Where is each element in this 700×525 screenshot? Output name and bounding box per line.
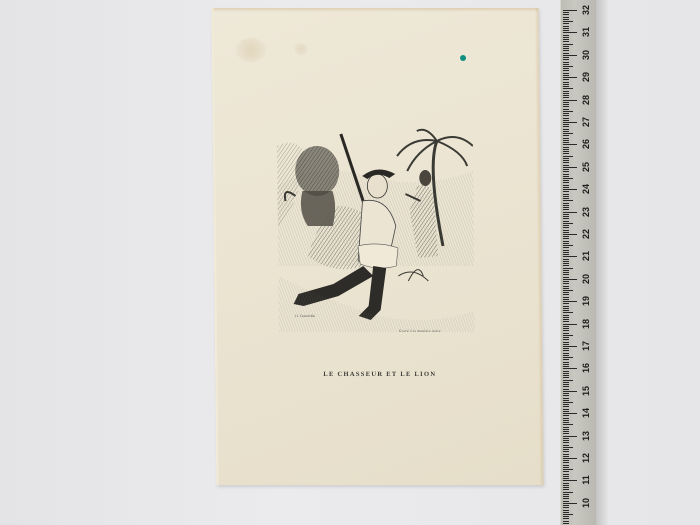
ruler-tick bbox=[563, 223, 573, 224]
ruler-tick bbox=[563, 245, 573, 246]
ruler-tick bbox=[563, 301, 577, 302]
ruler-label: 10 bbox=[581, 495, 591, 511]
ruler-tick bbox=[563, 171, 569, 172]
ruler-tick bbox=[563, 247, 569, 248]
ruler-label: 32 bbox=[581, 2, 591, 18]
ruler-tick bbox=[563, 429, 569, 430]
ruler-tick bbox=[563, 19, 569, 20]
ruler-tick bbox=[563, 256, 577, 257]
ruler-tick bbox=[563, 111, 573, 112]
ruler-tick bbox=[563, 189, 577, 190]
ruler-label: 13 bbox=[581, 428, 591, 444]
ruler-tick bbox=[563, 194, 569, 195]
ruler-tick bbox=[563, 512, 569, 513]
ruler-tick bbox=[563, 521, 569, 522]
ruler-tick bbox=[563, 41, 569, 42]
ruler-tick bbox=[563, 104, 569, 105]
ruler-tick bbox=[563, 348, 569, 349]
ruler: 3231302928272625242322212019181716151413… bbox=[560, 0, 596, 525]
ruler-tick bbox=[563, 274, 569, 275]
ruler-label: 30 bbox=[581, 47, 591, 63]
ruler-tick bbox=[563, 207, 569, 208]
ruler-tick bbox=[563, 514, 573, 515]
ruler-tick bbox=[563, 113, 569, 114]
ruler-tick bbox=[563, 447, 573, 448]
ruler-tick bbox=[563, 501, 569, 502]
ruler-tick bbox=[563, 418, 569, 419]
ruler-tick bbox=[563, 306, 569, 307]
ruler-tick bbox=[563, 449, 569, 450]
ruler-tick bbox=[563, 185, 569, 186]
ruler-tick bbox=[563, 344, 569, 345]
ruler-tick bbox=[563, 510, 569, 511]
ruler-tick bbox=[563, 400, 569, 401]
ruler-tick bbox=[563, 292, 569, 293]
ruler-tick bbox=[563, 326, 569, 327]
ruler-tick bbox=[563, 144, 577, 145]
ruler-shadow bbox=[595, 0, 609, 525]
ruler-tick bbox=[563, 431, 569, 432]
ruler-tick bbox=[563, 200, 573, 201]
ruler-tick bbox=[563, 303, 569, 304]
ruler-tick bbox=[563, 458, 577, 459]
ruler-tick bbox=[563, 48, 569, 49]
ruler-tick bbox=[563, 167, 577, 168]
marker-dot bbox=[460, 55, 466, 61]
ruler-tick bbox=[563, 297, 569, 298]
ruler-label: 17 bbox=[581, 338, 591, 354]
ruler-tick bbox=[563, 165, 569, 166]
ruler-tick bbox=[563, 333, 569, 334]
ruler-tick bbox=[563, 57, 569, 58]
ruler-tick bbox=[563, 362, 569, 363]
ruler-tick bbox=[563, 187, 569, 188]
ruler-tick bbox=[563, 91, 569, 92]
ruler-label: 18 bbox=[581, 316, 591, 332]
ruler-tick bbox=[563, 32, 577, 33]
ruler-tick bbox=[563, 259, 569, 260]
ruler-tick bbox=[563, 469, 573, 470]
ruler-tick bbox=[563, 17, 569, 18]
ruler-tick bbox=[563, 487, 569, 488]
ruler-tick bbox=[563, 180, 569, 181]
ruler-tick bbox=[563, 50, 569, 51]
ruler-tick bbox=[563, 268, 573, 269]
ruler-tick bbox=[563, 14, 569, 15]
ruler-tick bbox=[563, 324, 577, 325]
ruler-label: 16 bbox=[581, 360, 591, 376]
ruler-tick bbox=[563, 73, 569, 74]
ruler-tick bbox=[563, 312, 573, 313]
ruler-tick bbox=[563, 39, 569, 40]
ruler-tick bbox=[563, 216, 569, 217]
ruler-tick bbox=[563, 371, 569, 372]
ruler-tick bbox=[563, 489, 569, 490]
ruler-tick bbox=[563, 205, 569, 206]
ruler-tick bbox=[563, 131, 569, 132]
ruler-tick bbox=[563, 404, 569, 405]
ruler-tick bbox=[563, 79, 569, 80]
ruler-tick bbox=[563, 485, 569, 486]
ruler-tick bbox=[563, 413, 577, 414]
ruler-tick bbox=[563, 241, 569, 242]
ruler-tick bbox=[563, 129, 569, 130]
ruler-tick bbox=[563, 102, 569, 103]
foxing-stain bbox=[294, 43, 308, 55]
ruler-tick bbox=[563, 120, 569, 121]
ruler-tick bbox=[563, 411, 569, 412]
ruler-tick bbox=[563, 75, 569, 76]
ruler-tick bbox=[563, 494, 569, 495]
ruler-tick bbox=[563, 317, 569, 318]
ruler-tick bbox=[563, 382, 569, 383]
ruler-tick bbox=[563, 160, 569, 161]
ruler-label: 20 bbox=[581, 271, 591, 287]
ruler-tick bbox=[563, 198, 569, 199]
ruler-tick bbox=[563, 315, 569, 316]
ruler-tick bbox=[563, 433, 569, 434]
ruler-tick bbox=[563, 243, 569, 244]
ruler-tick bbox=[563, 115, 569, 116]
ruler-label: 28 bbox=[581, 92, 591, 108]
ruler-tick bbox=[563, 124, 569, 125]
ruler-tick bbox=[563, 196, 569, 197]
ruler-tick bbox=[563, 156, 573, 157]
ruler-tick bbox=[563, 88, 573, 89]
ruler-tick bbox=[563, 250, 569, 251]
ruler-tick bbox=[563, 147, 569, 148]
ruler-tick bbox=[563, 350, 569, 351]
ruler-tick bbox=[563, 212, 577, 213]
ruler-label: 26 bbox=[581, 136, 591, 152]
ruler-tick bbox=[563, 272, 569, 273]
ruler-tick bbox=[563, 10, 577, 11]
ruler-tick bbox=[563, 355, 569, 356]
plate-caption: LE CHASSEUR ET LE LION bbox=[217, 371, 542, 378]
ruler-tick bbox=[563, 290, 573, 291]
ruler-tick bbox=[563, 277, 569, 278]
ruler-tick bbox=[563, 503, 577, 504]
ruler-tick bbox=[563, 415, 569, 416]
ruler-tick bbox=[563, 149, 569, 150]
ruler-tick bbox=[563, 126, 569, 127]
ruler-tick bbox=[563, 471, 569, 472]
ruler-label: 12 bbox=[581, 450, 591, 466]
ruler-tick bbox=[563, 359, 569, 360]
ruler-label: 24 bbox=[581, 181, 591, 197]
ruler-tick bbox=[563, 384, 569, 385]
ruler-tick bbox=[563, 523, 569, 524]
ruler-tick bbox=[563, 451, 569, 452]
ruler-tick bbox=[563, 395, 569, 396]
ruler-tick bbox=[563, 252, 569, 253]
ruler-label: 14 bbox=[581, 405, 591, 421]
ruler-tick bbox=[563, 82, 569, 83]
ruler-tick bbox=[563, 221, 569, 222]
ruler-tick bbox=[563, 393, 569, 394]
ruler-tick bbox=[563, 182, 569, 183]
ruler-tick bbox=[563, 279, 577, 280]
ruler-tick bbox=[563, 35, 569, 36]
ruler-tick bbox=[563, 225, 569, 226]
ruler-tick bbox=[563, 254, 569, 255]
ruler-tick bbox=[563, 138, 569, 139]
ruler-tick bbox=[563, 357, 573, 358]
ruler-tick bbox=[563, 84, 569, 85]
artist-credit: J.J. Grandville bbox=[295, 314, 315, 318]
ruler-tick bbox=[563, 507, 569, 508]
ruler-tick bbox=[563, 97, 569, 98]
ruler-tick bbox=[563, 478, 569, 479]
ruler-tick bbox=[563, 46, 569, 47]
ruler-tick bbox=[563, 373, 569, 374]
ruler-label: 19 bbox=[581, 293, 591, 309]
ruler-tick bbox=[563, 203, 569, 204]
ruler-tick bbox=[563, 286, 569, 287]
ruler-tick bbox=[563, 391, 577, 392]
ruler-tick bbox=[563, 23, 569, 24]
ruler-tick bbox=[563, 174, 569, 175]
ruler-tick bbox=[563, 238, 569, 239]
ruler-tick bbox=[563, 424, 573, 425]
ruler-label: 29 bbox=[581, 69, 591, 85]
ruler-tick bbox=[563, 270, 569, 271]
ruler-tick bbox=[563, 283, 569, 284]
ruler-tick bbox=[563, 140, 569, 141]
ruler-tick bbox=[563, 454, 569, 455]
ruler-tick bbox=[563, 445, 569, 446]
ruler-label: 27 bbox=[581, 114, 591, 130]
ruler-tick bbox=[563, 339, 569, 340]
ruler-tick bbox=[563, 456, 569, 457]
ruler-tick bbox=[563, 86, 569, 87]
ruler-tick bbox=[563, 62, 569, 63]
ruler-tick bbox=[563, 440, 569, 441]
ruler-tick bbox=[563, 294, 569, 295]
ruler-tick bbox=[563, 55, 577, 56]
ruler-tick bbox=[563, 496, 569, 497]
ruler-tick bbox=[563, 375, 569, 376]
ruler-tick bbox=[563, 465, 569, 466]
ruler-tick bbox=[563, 330, 569, 331]
ruler-tick bbox=[563, 516, 569, 517]
ruler-tick bbox=[563, 68, 569, 69]
ruler-tick bbox=[563, 106, 569, 107]
ruler-tick bbox=[563, 310, 569, 311]
ruler-tick bbox=[563, 409, 569, 410]
ruler-tick bbox=[563, 398, 569, 399]
ruler-tick bbox=[563, 232, 569, 233]
ruler-tick bbox=[563, 227, 569, 228]
ruler-tick bbox=[563, 133, 573, 134]
ruler-tick bbox=[563, 37, 569, 38]
ruler-tick bbox=[563, 158, 569, 159]
ruler-tick bbox=[563, 44, 573, 45]
ruler-tick bbox=[563, 26, 569, 27]
ruler-tick bbox=[563, 462, 569, 463]
ruler-label: 21 bbox=[581, 248, 591, 264]
ruler-tick bbox=[563, 386, 569, 387]
ruler-tick bbox=[563, 12, 569, 13]
ruler-tick bbox=[563, 438, 569, 439]
ruler-tick bbox=[563, 377, 569, 378]
ruler-tick bbox=[563, 28, 569, 29]
ruler-tick bbox=[563, 66, 573, 67]
ruler-tick bbox=[563, 420, 569, 421]
ruler-tick bbox=[563, 337, 569, 338]
ruler-tick bbox=[563, 483, 569, 484]
ruler-tick bbox=[563, 214, 569, 215]
ruler-tick bbox=[563, 498, 569, 499]
ruler-tick bbox=[563, 492, 573, 493]
foxing-stain bbox=[236, 38, 266, 62]
ruler-tick bbox=[563, 122, 577, 123]
book-plate: J.J. Grandville Gravé à la manière noire… bbox=[212, 8, 544, 485]
ruler-tick bbox=[563, 406, 569, 407]
ruler-tick bbox=[563, 460, 569, 461]
ruler-tick bbox=[563, 366, 569, 367]
ruler-label: 15 bbox=[581, 383, 591, 399]
ruler-tick bbox=[563, 353, 569, 354]
ruler-tick bbox=[563, 442, 569, 443]
ruler-tick bbox=[563, 422, 569, 423]
ruler-label: 25 bbox=[581, 159, 591, 175]
ruler-tick bbox=[563, 518, 569, 519]
ruler-label: 31 bbox=[581, 24, 591, 40]
ruler-tick bbox=[563, 64, 569, 65]
ruler-tick bbox=[563, 162, 569, 163]
ruler-tick bbox=[563, 21, 573, 22]
ruler-tick bbox=[563, 335, 573, 336]
ruler-tick bbox=[563, 436, 577, 437]
ruler-tick bbox=[563, 178, 573, 179]
ruler-tick bbox=[563, 209, 569, 210]
ruler-tick bbox=[563, 288, 569, 289]
ruler-tick bbox=[563, 59, 569, 60]
ruler-tick bbox=[563, 142, 569, 143]
ruler-tick bbox=[563, 467, 569, 468]
engraver-credit: Gravé à la manière noire bbox=[399, 329, 441, 333]
ruler-tick bbox=[563, 30, 569, 31]
ruler-tick bbox=[563, 281, 569, 282]
ruler-tick bbox=[563, 93, 569, 94]
ruler-tick bbox=[563, 299, 569, 300]
ruler-tick bbox=[563, 176, 569, 177]
paper-edge-top bbox=[214, 8, 539, 12]
ruler-tick bbox=[563, 95, 569, 96]
ruler-tick bbox=[563, 476, 569, 477]
ruler-tick bbox=[563, 191, 569, 192]
ruler-tick bbox=[563, 135, 569, 136]
ruler-tick bbox=[563, 342, 569, 343]
ruler-tick bbox=[563, 389, 569, 390]
ruler-tick bbox=[563, 169, 569, 170]
ruler-tick bbox=[563, 480, 577, 481]
ruler-tick bbox=[563, 218, 569, 219]
ruler-tick bbox=[563, 234, 577, 235]
ruler-tick bbox=[563, 308, 569, 309]
ruler-tick bbox=[563, 265, 569, 266]
ruler-tick bbox=[563, 346, 577, 347]
ruler-tick bbox=[563, 153, 569, 154]
ruler-tick bbox=[563, 364, 569, 365]
ruler-tick bbox=[563, 77, 577, 78]
ruler-tick bbox=[563, 380, 573, 381]
ruler-tick bbox=[563, 321, 569, 322]
ruler-tick bbox=[563, 118, 569, 119]
ruler-tick bbox=[563, 319, 569, 320]
ruler-tick bbox=[563, 151, 569, 152]
ruler-tick bbox=[563, 505, 569, 506]
ruler-tick bbox=[563, 474, 569, 475]
ruler-tick bbox=[563, 109, 569, 110]
ruler-label: 23 bbox=[581, 204, 591, 220]
ruler-tick bbox=[563, 402, 573, 403]
ruler-tick bbox=[563, 100, 577, 101]
ruler-tick bbox=[563, 328, 569, 329]
ruler-tick bbox=[563, 263, 569, 264]
ruler-tick bbox=[563, 230, 569, 231]
ruler-tick bbox=[563, 53, 569, 54]
ruler-tick bbox=[563, 368, 577, 369]
ruler-tick bbox=[563, 261, 569, 262]
ruler-tick bbox=[563, 70, 569, 71]
paper-edge-right bbox=[535, 8, 544, 485]
ruler-tick bbox=[563, 236, 569, 237]
ruler-tick bbox=[563, 427, 569, 428]
ruler-label: 22 bbox=[581, 226, 591, 242]
ruler-label: 11 bbox=[581, 472, 591, 488]
engraving-illustration bbox=[277, 126, 475, 332]
